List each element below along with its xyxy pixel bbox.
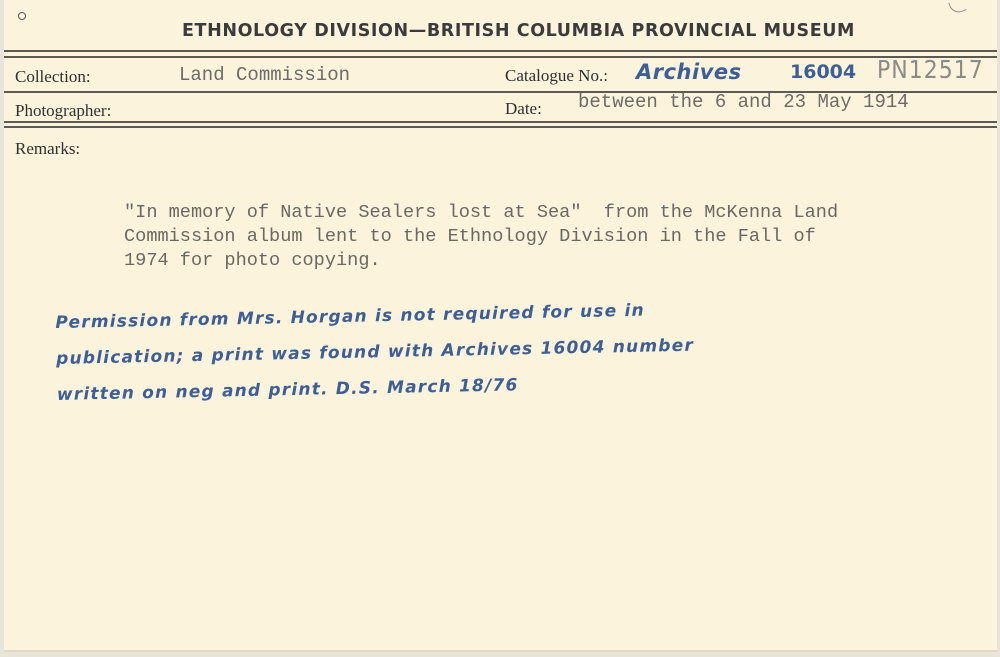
remarks-line: Commission album lent to the Ethnology D… <box>124 225 838 249</box>
date-value: between the 6 and 23 May 1914 <box>578 91 909 113</box>
header-rule-bottom <box>4 56 997 58</box>
remarks-typed-text: "In memory of Native Sealers lost at Sea… <box>124 201 838 273</box>
remarks-label: Remarks: <box>15 139 80 159</box>
catalogue-handwritten-number: 16004 <box>790 61 856 83</box>
catalogue-handwritten-value: Archives <box>636 60 742 84</box>
collection-value: Land Commission <box>179 64 350 86</box>
card-title: ETHNOLOGY DIVISION—BRITISH COLUMBIA PROV… <box>182 21 855 41</box>
header-rule-top <box>4 50 997 52</box>
punch-hole-icon <box>18 12 26 20</box>
collection-label: Collection: <box>15 67 91 87</box>
catalogue-no-label: Catalogue No.: <box>505 66 608 86</box>
pencil-mark-icon <box>948 0 967 15</box>
remarks-line: "In memory of Native Sealers lost at Sea… <box>124 201 838 225</box>
fields-rule-top <box>4 121 997 123</box>
photographer-label: Photographer: <box>15 101 111 121</box>
remarks-line: 1974 for photo copying. <box>124 249 838 273</box>
date-label: Date: <box>505 99 542 119</box>
handwritten-note: Permission from Mrs. Horgan is not requi… <box>55 292 695 413</box>
fields-rule-bottom <box>4 126 997 128</box>
catalogue-pencil-value: PN12517 <box>877 56 984 85</box>
